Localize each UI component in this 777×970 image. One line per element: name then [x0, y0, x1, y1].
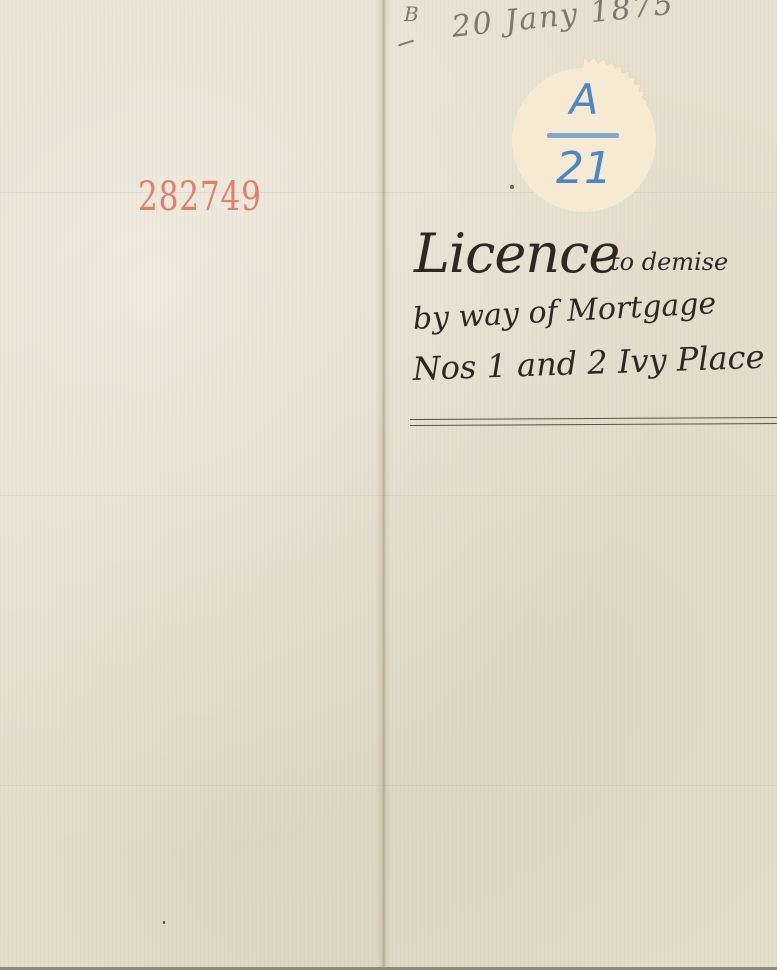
docket-line2: by way of Mortgage — [412, 286, 717, 337]
docket-line1-rest: to demise — [610, 248, 728, 276]
docket-line3: Nos 1 and 2 Ivy Place — [412, 338, 765, 388]
pencil-annotation-date: 20 Jany 1875 — [450, 0, 676, 45]
scalloped-seal: A 21 — [499, 55, 669, 225]
stamp-number: 282749 — [138, 174, 262, 220]
pencil-annotation-letter: B — [404, 2, 419, 26]
docket-title: Licence — [414, 222, 619, 285]
seal-divider — [547, 133, 619, 138]
center-fold — [376, 0, 390, 970]
document-sheet: 282749 B 20 Jany 1875 A 21 Licence to de… — [0, 0, 777, 970]
ink-speck — [163, 921, 165, 924]
ink-speck — [510, 185, 514, 189]
seal-top-label: A — [499, 75, 669, 124]
docket-double-rule — [410, 417, 777, 426]
pencil-dash — [398, 40, 414, 47]
seal-bottom-label: 21 — [499, 143, 669, 194]
